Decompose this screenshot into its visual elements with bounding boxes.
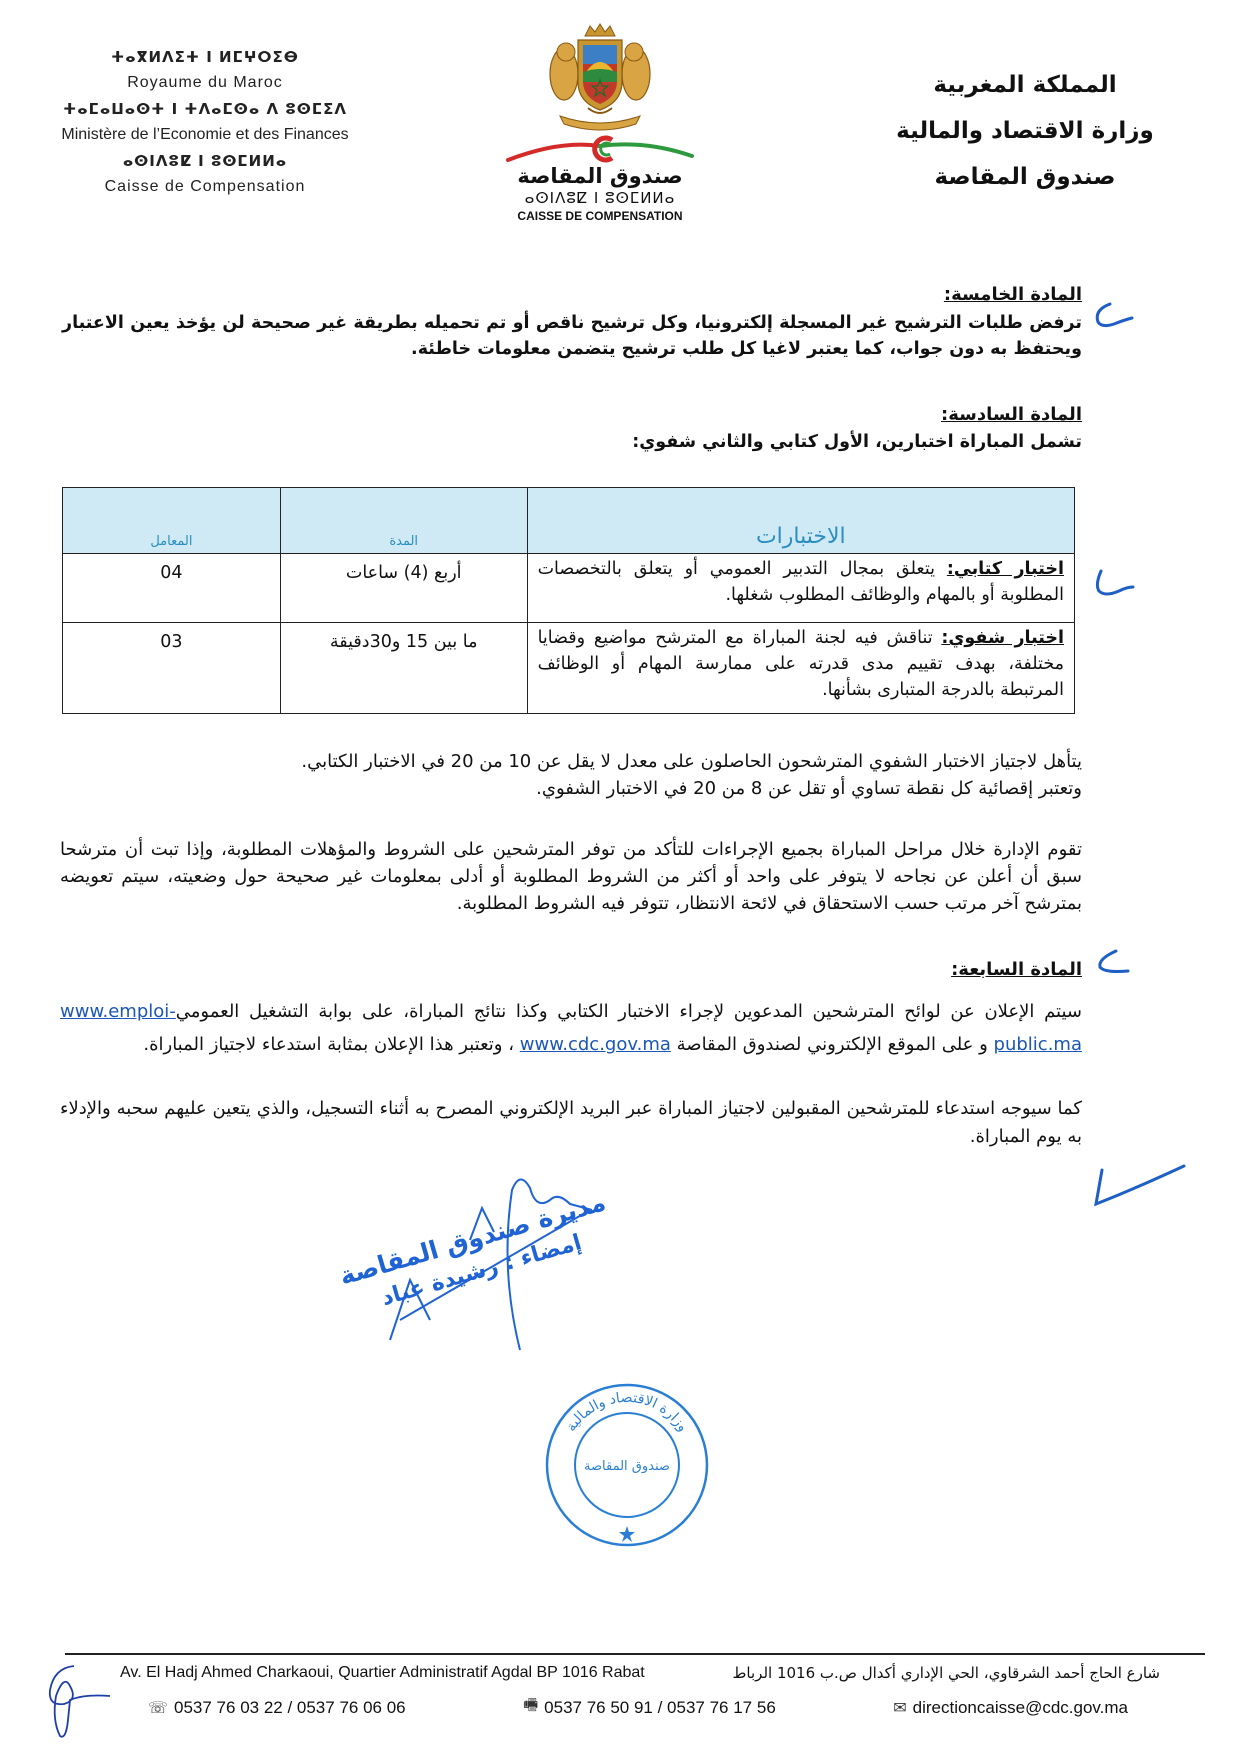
exam-table-header-row: الاختبارات المدة المعامل [63,488,1075,554]
fax-numbers: 0537 76 50 91 / 0537 76 17 56 [544,1698,776,1718]
margin-checkmark-icon [1092,1160,1202,1220]
article-5-title: المادة الخامسة: [944,282,1082,308]
margin-checkmark-icon [1095,565,1155,605]
header-coefficient: المعامل [63,488,281,554]
initials-scribble-icon [44,1660,114,1740]
footer-email: ✉ directioncaisse@cdc.gov.ma [893,1694,1128,1721]
written-test-coefficient: 04 [63,554,281,623]
margin-checkmark-icon [1088,945,1148,985]
brand-name-arabic: صندوق المقاصة [500,164,700,188]
table-row: اختبار شفوي: تناقش فيه لجنة المباراة مع … [63,623,1075,714]
ministry-tifinagh: ⵜⴰⵎⴰⵡⴰⵙⵜ ⵏ ⵜⴷⴰⵎⵙⴰ ⴷ ⵓⵙⵎⵉⴷ [40,96,370,122]
caisse-tifinagh: ⴰⵙⵏⴷⵓⵇ ⵏ ⵓⵙⵎⵍⵍⴰ [40,148,370,174]
footer-address-row: Av. El Hadj Ahmed Charkaoui, Quartier Ad… [120,1664,1160,1682]
phone-numbers: 0537 76 03 22 / 0537 76 06 06 [174,1698,406,1718]
written-test-duration: أربع (4) ساعات [280,554,527,623]
header-tests: الاختبارات [527,488,1074,554]
margin-checkmark-icon [1090,296,1150,336]
cdc-website-link[interactable]: www.cdc.gov.ma [520,1034,671,1055]
written-test-label: اختبار كتابي: [947,559,1064,579]
caisse-arabic: صندوق المقاصة [880,154,1170,200]
convocation-paragraph: كما سيوجه استدعاء للمترشحين المقبولين لا… [60,1095,1082,1151]
verification-paragraph: تقوم الإدارة خلال مراحل المباراة بجميع ا… [60,836,1082,917]
footer-contact-row: ☏ 0537 76 03 22 / 0537 76 06 06 🖷 0537 7… [148,1694,1128,1721]
oral-test-label: اختبار شفوي: [941,628,1064,648]
oral-test-description: اختبار شفوي: تناقش فيه لجنة المباراة مع … [527,623,1074,714]
phone-icon: ☏ [148,1698,168,1718]
header-right-block: المملكة المغربية وزارة الاقتصاد والمالية… [880,62,1170,200]
oral-test-duration: ما بين 15 و30دقيقة [280,623,527,714]
kingdom-french: Royaume du Maroc [40,70,370,96]
coat-of-arms-icon [540,22,660,134]
article-6-intro: تشمل المباراة اختبارين، الأول كتابي والث… [52,429,1082,455]
article-7-text: سيتم الإعلان عن لوائح المترشحين المدعوين… [60,995,1082,1061]
stamp-star-icon [619,1526,635,1542]
header-emblem-block: صندوق المقاصة ⴰⵙⵏⴷⵓⵇ ⵏ ⵓⵙⵎⵍⵍⴰ CAISSE DE … [500,22,700,227]
stamp-inner-text: صندوق المقاصة [584,1459,670,1474]
article-6-title: المادة السادسة: [941,402,1082,428]
eligibility-oral: وتعتبر إقصائية كل نقطة تساوي أو تقل عن 8… [52,775,1082,802]
header-left-block: ⵜⴰⴳⵍⴷⵉⵜ ⵏ ⵍⵎⵖⵔⵉⴱ Royaume du Maroc ⵜⴰⵎⴰⵡⴰ… [40,44,370,200]
oral-test-coefficient: 03 [63,623,281,714]
ministry-french: Ministère de l’Economie et des Finances [40,122,370,148]
footer-fax: 🖷 0537 76 50 91 / 0537 76 17 56 [523,1694,776,1721]
ministry-arabic: وزارة الاقتصاد والمالية [880,108,1170,154]
kingdom-arabic: المملكة المغربية [880,62,1170,108]
footer-address-french: Av. El Hadj Ahmed Charkaoui, Quartier Ad… [120,1664,645,1682]
footer-divider [65,1653,1205,1655]
email-icon: ✉ [893,1698,906,1718]
brand-name-french: CAISSE DE COMPENSATION [500,208,700,224]
footer-address-arabic: شارع الحاج أحمد الشرقاوي، الحي الإداري أ… [733,1664,1160,1682]
caisse-logo-arc-icon [500,134,700,164]
article-7-text-part1: سيتم الإعلان عن لوائح المترشحين المدعوين… [176,1001,1082,1022]
article-7-title: المادة السابعة: [951,957,1082,983]
header-duration: المدة [280,488,527,554]
caisse-french: Caisse de Compensation [40,174,370,200]
fax-icon: 🖷 [523,1694,538,1721]
written-test-description: اختبار كتابي: يتعلق بمجال التدبير العموم… [527,554,1074,623]
official-stamp-icon: وزارة الاقتصاد والمالية صندوق المقاصة [542,1380,712,1550]
article-7-text-part2: و على الموقع الإلكتروني لصندوق المقاصة [671,1034,994,1055]
article-7-text-part3: ، وتعتبر هذا الإعلان بمثابة استدعاء لاجت… [143,1034,519,1055]
kingdom-tifinagh: ⵜⴰⴳⵍⴷⵉⵜ ⵏ ⵍⵎⵖⵔⵉⴱ [40,44,370,70]
email-address[interactable]: directioncaisse@cdc.gov.ma [913,1698,1128,1718]
exam-table: الاختبارات المدة المعامل اختبار كتابي: ي… [62,487,1075,714]
table-row: اختبار كتابي: يتعلق بمجال التدبير العموم… [63,554,1075,623]
footer-phone: ☏ 0537 76 03 22 / 0537 76 06 06 [148,1694,406,1721]
eligibility-written: يتأهل لاجتياز الاختبار الشفوي المترشحون … [52,748,1082,775]
article-5-text: ترفض طلبات الترشيح غير المسجلة إلكترونيا… [62,310,1082,362]
brand-name-tifinagh: ⴰⵙⵏⴷⵓⵇ ⵏ ⵓⵙⵎⵍⵍⴰ [500,188,700,208]
